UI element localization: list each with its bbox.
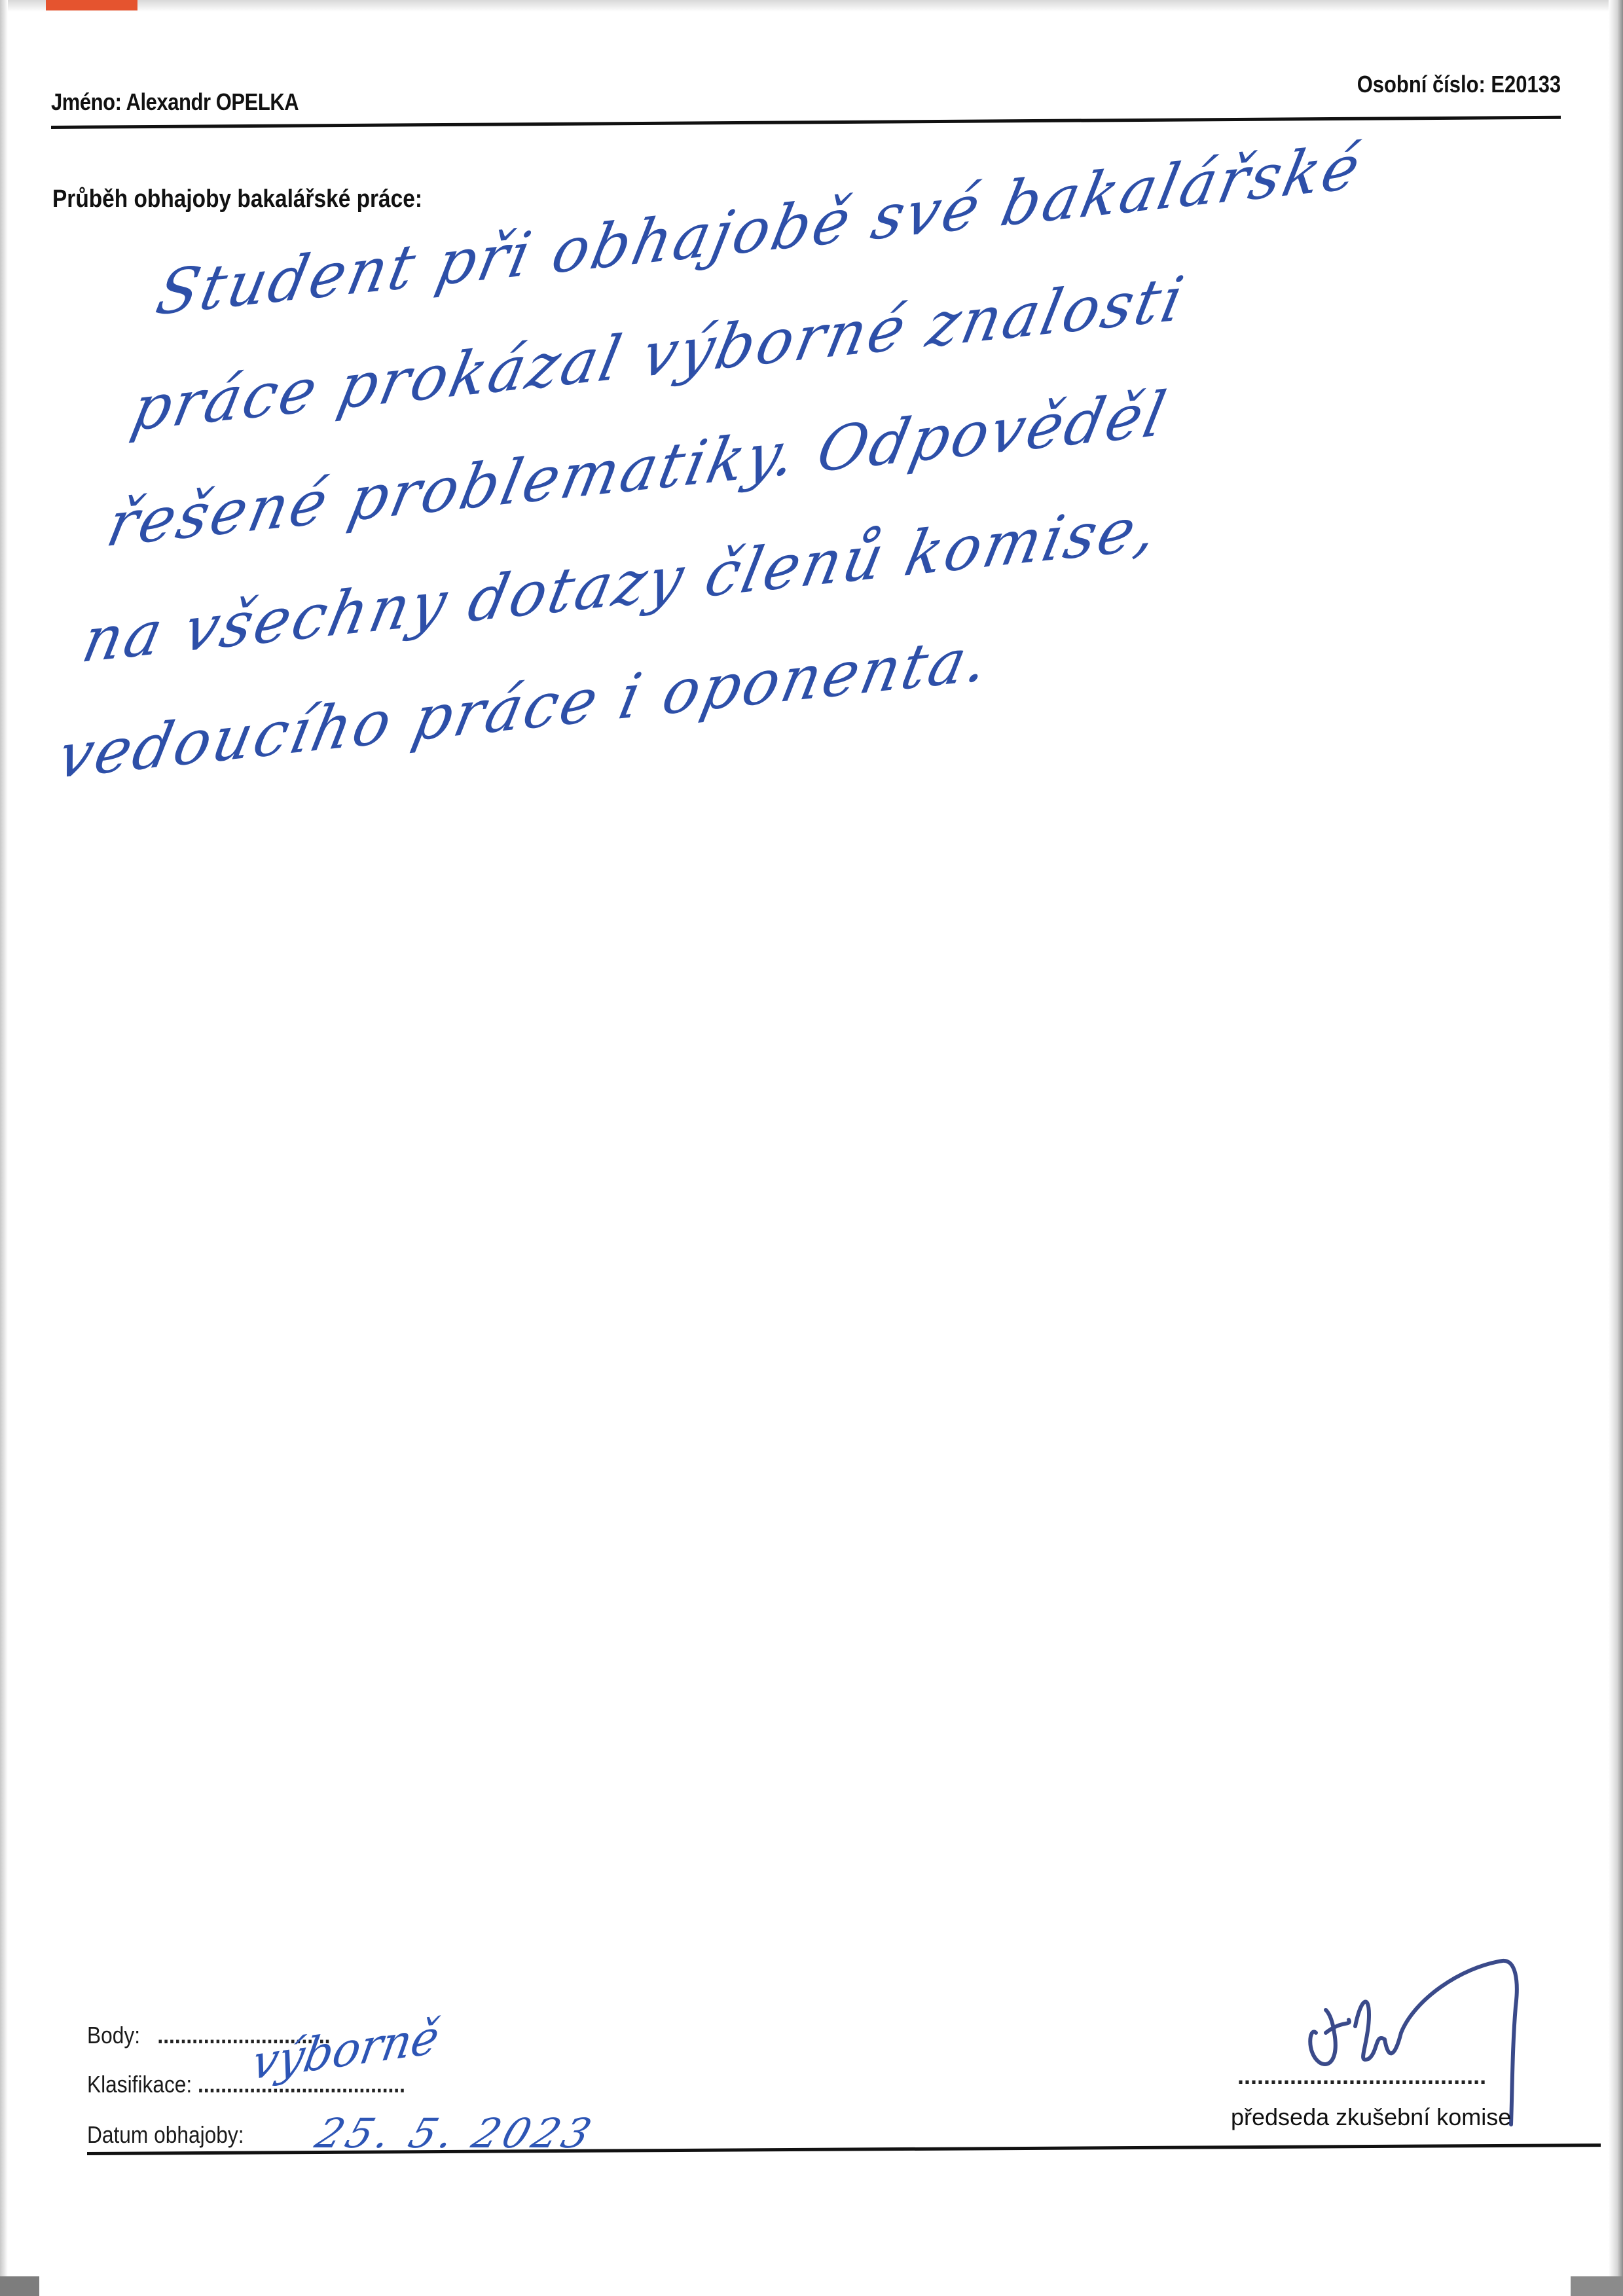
defense-date-field: Datum obhajoby: (87, 2121, 244, 2149)
scan-corner (1571, 2276, 1623, 2296)
section-title: Průběh obhajoby bakalářské práce: (52, 185, 422, 213)
scan-corner (0, 2276, 39, 2296)
scan-edge-right (1609, 0, 1623, 2296)
signature-label: předseda zkušební komise (1231, 2104, 1511, 2131)
scan-edge-top (0, 0, 1623, 12)
scan-red-tab (46, 0, 137, 10)
classification-label: Klasifikace: (87, 2071, 192, 2098)
defense-date-label: Datum obhajoby: (87, 2121, 244, 2148)
points-label: Body: (87, 2022, 140, 2049)
student-name: Jméno: Alexandr OPELKA (51, 88, 299, 116)
signature-dotted-line: ...................................... (1237, 2062, 1486, 2090)
scan-edge-left (0, 0, 8, 2296)
student-id: Osobní číslo: E20133 (1357, 71, 1561, 98)
